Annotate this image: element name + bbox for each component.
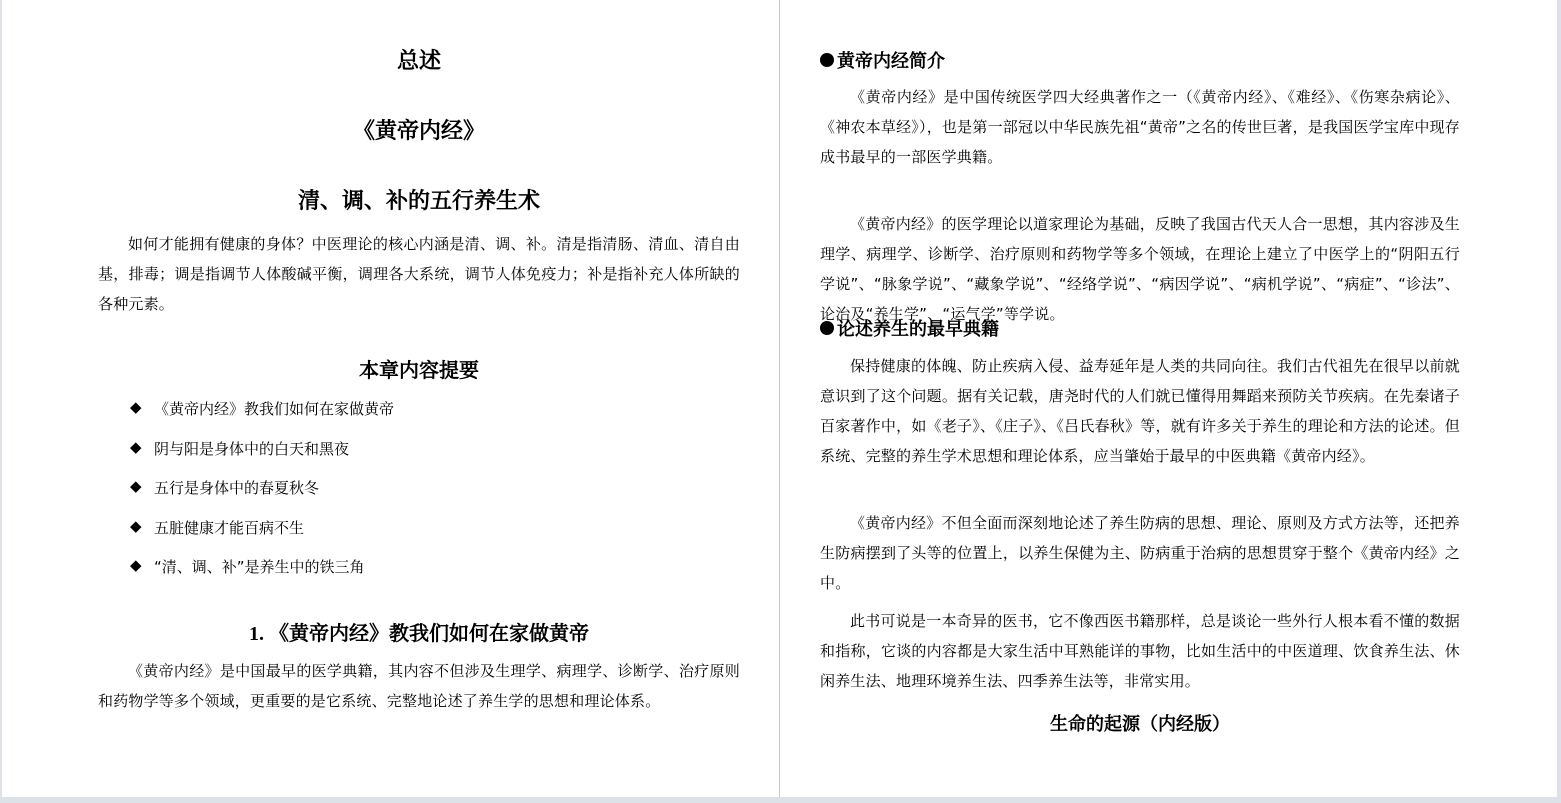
diamond-bullet-icon: ◆ <box>130 517 148 535</box>
viewer-bottom-edge <box>0 797 1561 803</box>
book-title: 《黄帝内经》 <box>2 114 836 145</box>
page-left: 总述 《黄帝内经》 清、调、补的五行养生术 如何才能拥有健康的身体？中医理论的核… <box>2 0 779 797</box>
earliest-paragraph-3: 此书可说是一本奇异的医书，它不像西医书籍那样，总是谈论一些外行人根本看不懂的数据… <box>820 606 1460 696</box>
earliest-paragraph-1: 保持健康的体魄、防止疾病入侵、益寿延年是人类的共同向往。我们古代祖先在很早以前就… <box>820 351 1460 471</box>
summary-item: ◆ 五脏健康才能百病不生 <box>130 517 730 557</box>
summary-heading: 本章内容提要 <box>2 354 836 383</box>
summary-item: ◆ 《黄帝内经》教我们如何在家做黄帝 <box>130 398 730 438</box>
intro-section-title: 黄帝内经简介 <box>820 47 945 73</box>
summary-item-text: 阴与阳是身体中的白天和黑夜 <box>154 438 349 459</box>
intro-section-title-text: 黄帝内经简介 <box>837 47 945 73</box>
bullet-dot-icon <box>820 321 834 335</box>
section1-heading: 1. 《黄帝内经》教我们如何在家做黄帝 <box>2 617 836 646</box>
summary-item-text: “清、调、补”是养生中的铁三角 <box>154 556 365 577</box>
diamond-bullet-icon: ◆ <box>130 477 148 495</box>
earliest-section-title-text: 论述养生的最早典籍 <box>837 315 999 341</box>
earliest-section-title: 论述养生的最早典籍 <box>820 315 999 341</box>
summary-item-text: 五脏健康才能百病不生 <box>154 517 304 538</box>
diamond-bullet-icon: ◆ <box>130 556 148 574</box>
summary-item-text: 五行是身体中的春夏秋冬 <box>154 477 319 498</box>
chapter-subtitle: 清、调、补的五行养生术 <box>2 184 836 215</box>
earliest-paragraph-2: 《黄帝内经》不但全面而深刻地论述了养生防病的思想、理论、原则及方式方法等，还把养… <box>820 508 1460 598</box>
diamond-bullet-icon: ◆ <box>130 398 148 416</box>
page-right: 黄帝内经简介 《黄帝内经》是中国传统医学四大经典著作之一（《黄帝内经》、《难经》… <box>780 0 1557 797</box>
next-heading: 生命的起源（内经版） <box>820 710 1460 736</box>
bullet-dot-icon <box>820 53 834 67</box>
summary-item: ◆ 阴与阳是身体中的白天和黑夜 <box>130 438 730 478</box>
summary-list: ◆ 《黄帝内经》教我们如何在家做黄帝 ◆ 阴与阳是身体中的白天和黑夜 ◆ 五行是… <box>130 398 730 596</box>
intro-paragraph-2: 《黄帝内经》的医学理论以道家理论为基础，反映了我国古代天人合一思想，其内容涉及生… <box>820 209 1460 329</box>
page-title: 总述 <box>2 44 836 75</box>
diamond-bullet-icon: ◆ <box>130 438 148 456</box>
document-viewer: 总述 《黄帝内经》 清、调、补的五行养生术 如何才能拥有健康的身体？中医理论的核… <box>0 0 1561 803</box>
summary-item-text: 《黄帝内经》教我们如何在家做黄帝 <box>154 398 394 419</box>
summary-item: ◆ “清、调、补”是养生中的铁三角 <box>130 556 730 596</box>
intro-paragraph-1: 《黄帝内经》是中国传统医学四大经典著作之一（《黄帝内经》、《难经》、《伤寒杂病论… <box>820 82 1460 172</box>
section1-paragraph: 《黄帝内经》是中国最早的医学典籍，其内容不但涉及生理学、病理学、诊断学、治疗原则… <box>98 656 740 716</box>
summary-item: ◆ 五行是身体中的春夏秋冬 <box>130 477 730 517</box>
intro-paragraph: 如何才能拥有健康的身体？中医理论的核心内涵是清、调、补。清是指清肠、清血、清自由… <box>98 229 740 319</box>
